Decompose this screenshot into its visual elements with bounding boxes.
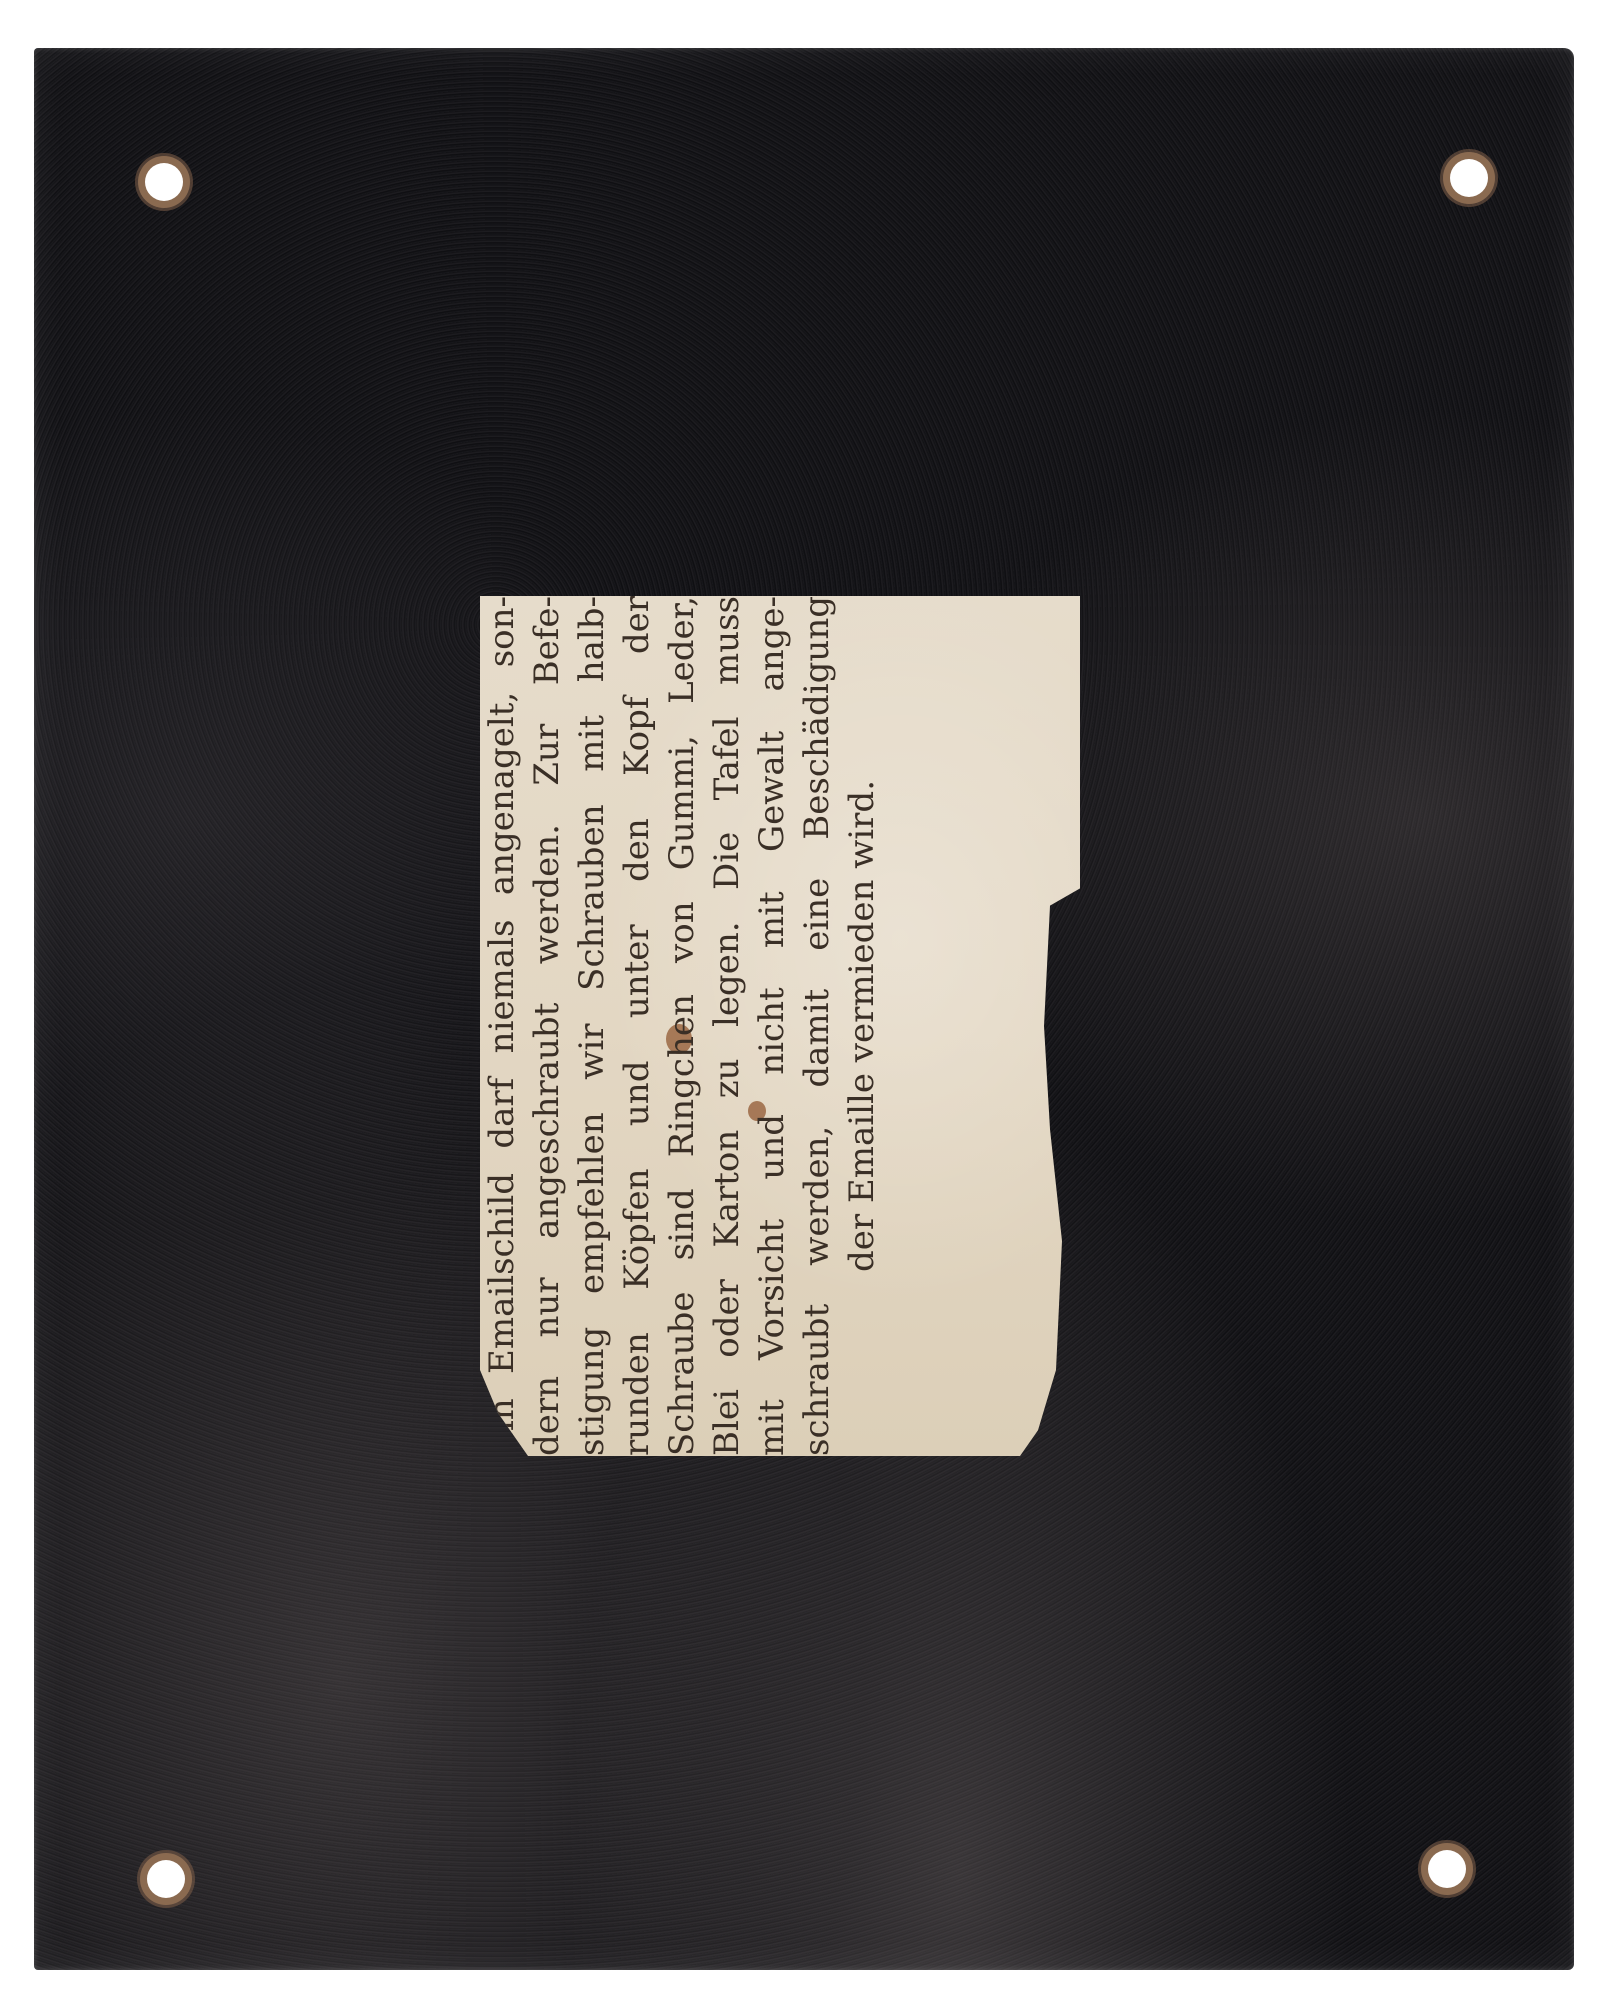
label-line: Ein Emailschild darf niemals angenagelt,…: [480, 596, 525, 1456]
label-line: stigung empfehlen wir Schrauben mit halb…: [570, 596, 615, 1456]
label-line: der Emaille vermieden wird.: [840, 596, 885, 1456]
screw-hole-top-left: [145, 163, 183, 201]
label-line: Schraube sind Ringchen von Gummi, Leder,: [660, 596, 705, 1456]
label-line: runden Köpfen und unter den Kopf der: [615, 596, 660, 1456]
label-text: Ein Emailschild darf niemals angenagelt,…: [480, 596, 885, 1456]
label-text-rotated: Ein Emailschild darf niemals angenagelt,…: [480, 596, 1080, 1456]
label-line: dern nur angeschraubt werden. Zur Befe-: [525, 596, 570, 1456]
screw-hole-bottom-right: [1428, 1850, 1466, 1888]
screw-hole-bottom-left: [147, 1860, 185, 1898]
label-line: Blei oder Karton zu legen. Die Tafel mus…: [705, 596, 750, 1456]
screw-hole-top-right: [1450, 159, 1488, 197]
paper-instruction-label: Ein Emailschild darf niemals angenagelt,…: [480, 596, 1080, 1456]
label-line: schraubt werden, damit eine Beschädigung: [795, 596, 840, 1456]
label-line: mit Vorsicht und nicht mit Gewalt ange-: [750, 596, 795, 1456]
